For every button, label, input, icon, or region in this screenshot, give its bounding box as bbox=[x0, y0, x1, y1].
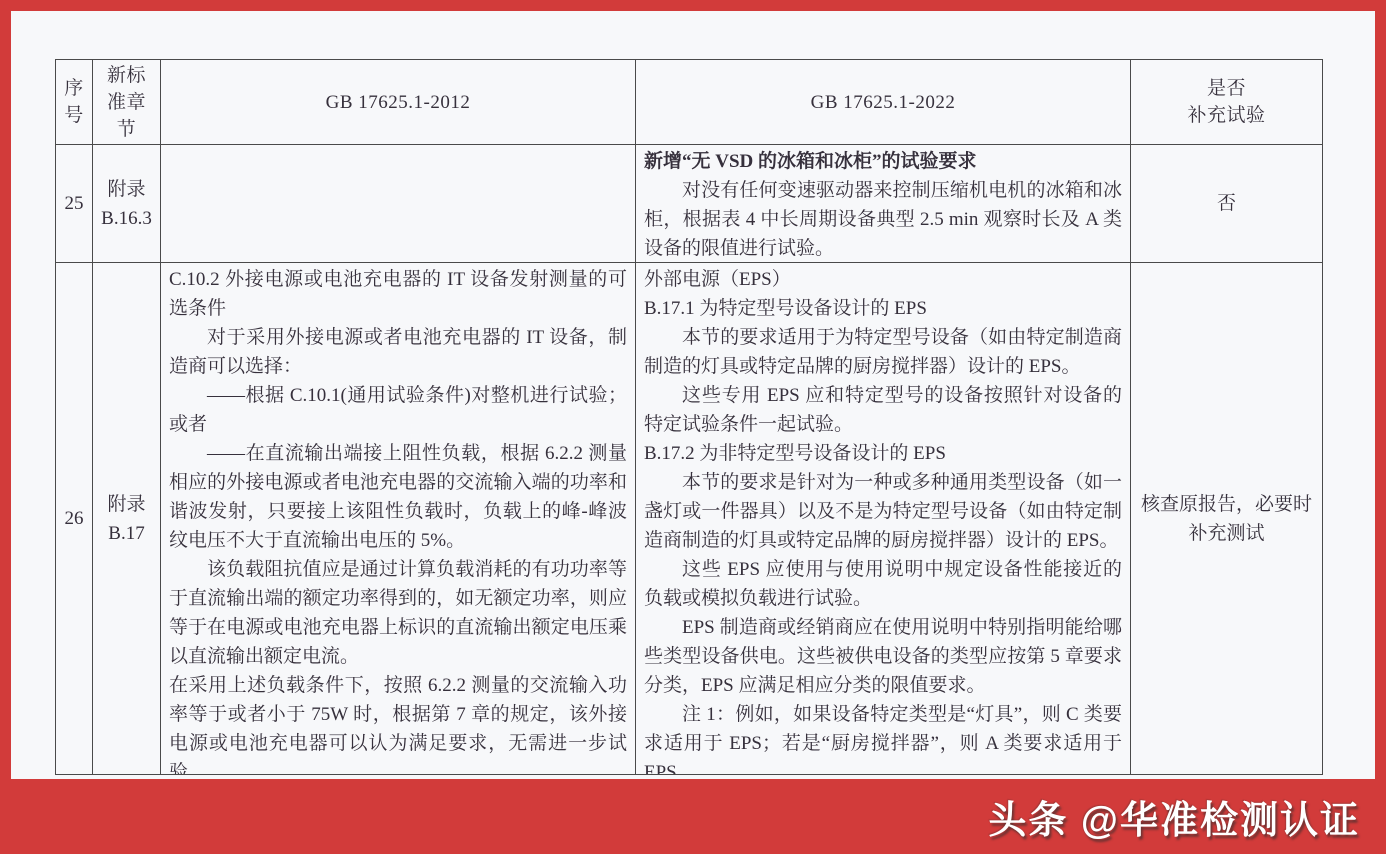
paragraph: 注 1：例如，如果设备特定类型是“灯具”，则 C 类要求适用于 EPS；若是“厨… bbox=[644, 700, 1122, 775]
cell-chapter: 附录 B.17 bbox=[93, 263, 161, 775]
table-row-26: 26 附录 B.17 C.10.2 外接电源或电池充电器的 IT 设备发射测量的… bbox=[56, 263, 1323, 775]
cell-chapter: 附录 B.16.3 bbox=[93, 145, 161, 263]
paragraph: B.17.1 为特定型号设备设计的 EPS bbox=[644, 294, 1122, 323]
cell-gb2012: C.10.2 外接电源或电池充电器的 IT 设备发射测量的可选条件对于采用外接电… bbox=[161, 263, 636, 775]
paragraph: 外部电源（EPS） bbox=[644, 265, 1122, 294]
paragraph: 这些专用 EPS 应和特定型号的设备按照针对设备的特定试验条件一起试验。 bbox=[644, 381, 1122, 439]
cell-supplement: 核查原报告，必要时 补充测试 bbox=[1131, 263, 1323, 775]
cell-no: 26 bbox=[56, 263, 93, 775]
paragraph: EPS 制造商或经销商应在使用说明中特别指明能给哪些类型设备供电。这些被供电设备… bbox=[644, 613, 1122, 700]
paragraph: 该负载阻抗值应是通过计算负载消耗的有功功率等于直流输出端的额定功率得到的，如无额… bbox=[169, 555, 627, 671]
header-cell-no: 序 号 bbox=[56, 60, 93, 145]
header-cell-gb2012: GB 17625.1-2012 bbox=[161, 60, 636, 145]
cell-gb2022: 新增“无 VSD 的冰箱和冰柜”的试验要求对没有任何变速驱动器来控制压缩机电机的… bbox=[636, 145, 1131, 263]
table-row-25: 25 附录 B.16.3 新增“无 VSD 的冰箱和冰柜”的试验要求对没有任何变… bbox=[56, 145, 1323, 263]
paragraph: 对没有任何变速驱动器来控制压缩机电机的冰箱和冰柜，根据表 4 中长周期设备典型 … bbox=[644, 176, 1122, 263]
paragraph: ——根据 C.10.1(通用试验条件)对整机进行试验；或者 bbox=[169, 381, 627, 439]
paragraph: 本节的要求是针对为一种或多种通用类型设备（如一盏灯或一件器具）以及不是为特定型号… bbox=[644, 468, 1122, 555]
cell-supplement: 否 bbox=[1131, 145, 1323, 263]
cell-gb2012 bbox=[161, 145, 636, 263]
header-cell-gb2022: GB 17625.1-2022 bbox=[636, 60, 1131, 145]
paragraph: 在采用上述负载条件下，按照 6.2.2 测量的交流输入功率等于或者小于 75W … bbox=[169, 671, 627, 775]
paragraph: ——在直流输出端接上阻性负载，根据 6.2.2 测量相应的外接电源或者电池充电器… bbox=[169, 439, 627, 555]
watermark: 头条 @华准检测认证 bbox=[988, 789, 1360, 844]
paragraph: 对于采用外接电源或者电池充电器的 IT 设备，制造商可以选择： bbox=[169, 323, 627, 381]
page-frame: 序 号 新标 准章 节 GB 17625.1-2012 GB 17625.1-2… bbox=[0, 0, 1386, 854]
cell-no: 25 bbox=[56, 145, 93, 263]
document-sheet: 序 号 新标 准章 节 GB 17625.1-2012 GB 17625.1-2… bbox=[11, 11, 1375, 779]
paragraph: B.17.2 为非特定型号设备设计的 EPS bbox=[644, 439, 1122, 468]
header-row: 序 号 新标 准章 节 GB 17625.1-2012 GB 17625.1-2… bbox=[56, 60, 1323, 145]
comparison-table: 序 号 新标 准章 节 GB 17625.1-2012 GB 17625.1-2… bbox=[55, 59, 1323, 775]
paragraph: C.10.2 外接电源或电池充电器的 IT 设备发射测量的可选条件 bbox=[169, 265, 627, 323]
header-cell-supplement: 是否 补充试验 bbox=[1131, 60, 1323, 145]
header-cell-chapter: 新标 准章 节 bbox=[93, 60, 161, 145]
paragraph: 这些 EPS 应使用与使用说明中规定设备性能接近的负载或模拟负载进行试验。 bbox=[644, 555, 1122, 613]
cell-gb2022: 外部电源（EPS）B.17.1 为特定型号设备设计的 EPS本节的要求适用于为特… bbox=[636, 263, 1131, 775]
paragraph: 本节的要求适用于为特定型号设备（如由特定制造商制造的灯具或特定品牌的厨房搅拌器）… bbox=[644, 323, 1122, 381]
paragraph: 新增“无 VSD 的冰箱和冰柜”的试验要求 bbox=[644, 147, 1122, 176]
